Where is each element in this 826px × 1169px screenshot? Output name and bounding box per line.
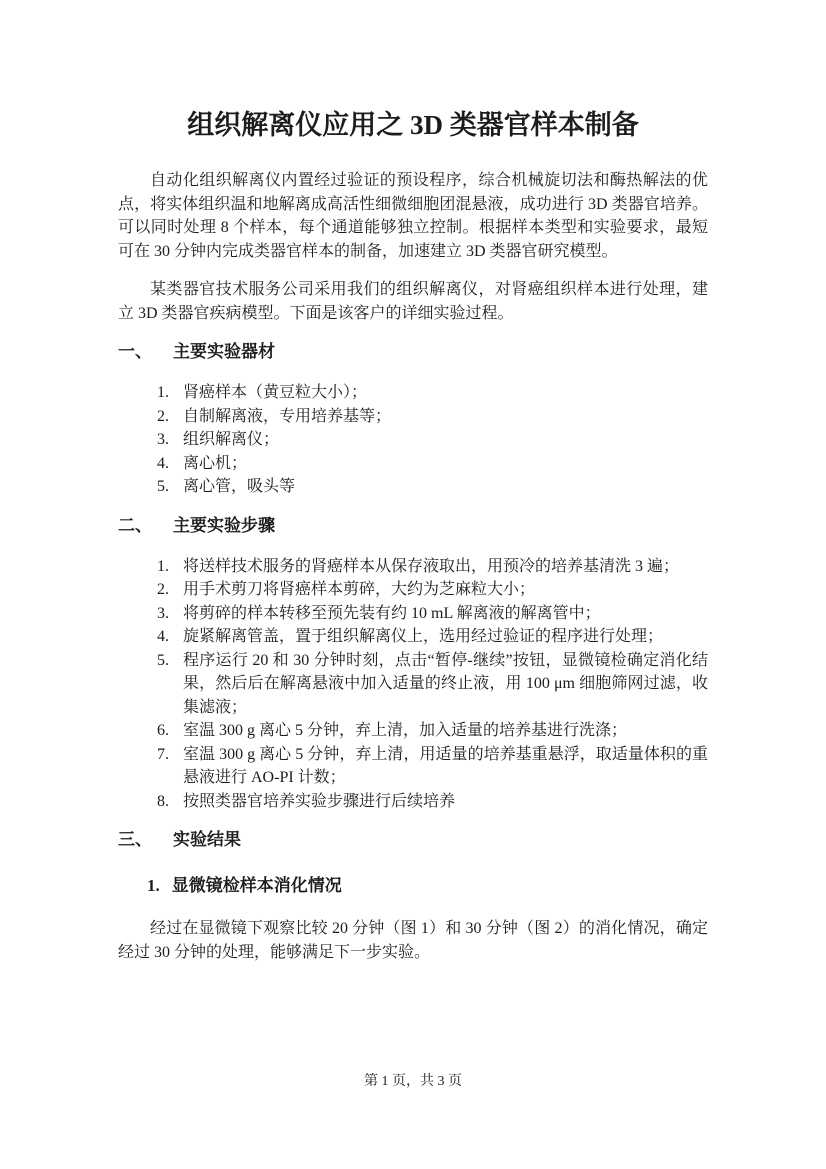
- list-item-number: 5.: [157, 649, 169, 673]
- list-item: 3. 将剪碎的样本转移至预先装有约 10 mL 解离液的解离管中；: [118, 602, 708, 626]
- intro-paragraph-2: 某类器官技术服务公司采用我们的组织解离仪，对肾癌组织样本进行处理，建立 3D 类…: [118, 278, 708, 325]
- intro-paragraph-1: 自动化组织解离仪内置经过验证的预设程序，综合机械旋切法和酶热解法的优点，将实体组…: [118, 169, 708, 263]
- list-item: 5. 离心管，吸头等: [118, 475, 708, 499]
- list-item: 7. 室温 300 g 离心 5 分钟，弃上清，用适量的培养基重悬浮，取适量体积…: [118, 743, 708, 790]
- list-item-number: 2.: [157, 405, 169, 429]
- list-item-number: 2.: [157, 578, 169, 602]
- list-item-number: 3.: [157, 428, 169, 452]
- list-item: 4. 离心机；: [118, 452, 708, 476]
- list-item-text: 将剪碎的样本转移至预先装有约 10 mL 解离液的解离管中；: [183, 605, 601, 622]
- list-item: 4. 旋紧解离管盖，置于组织解离仪上，选用经过验证的程序进行处理；: [118, 625, 708, 649]
- section-heading-materials: 一、 主要实验器材: [118, 341, 708, 364]
- section-number: 三、: [118, 829, 173, 852]
- section-title: 主要实验步骤: [173, 515, 275, 538]
- list-item-number: 4.: [157, 625, 169, 649]
- list-item-number: 8.: [157, 790, 169, 814]
- list-item: 2. 自制解离液，专用培养基等；: [118, 405, 708, 429]
- document-page: 组织解离仪应用之 3D 类器官样本制备 自动化组织解离仪内置经过验证的预设程序，…: [0, 0, 826, 1169]
- list-item: 1. 将送样技术服务的肾癌样本从保存液取出，用预冷的培养基清洗 3 遍；: [118, 555, 708, 579]
- list-item-text: 按照类器官培养实验步骤进行后续培养: [183, 793, 455, 810]
- list-item: 3. 组织解离仪；: [118, 428, 708, 452]
- list-item-number: 7.: [157, 743, 169, 767]
- list-item-number: 1.: [157, 381, 169, 405]
- section-title: 实验结果: [173, 829, 241, 852]
- list-item-number: 4.: [157, 452, 169, 476]
- list-item-text: 将送样技术服务的肾癌样本从保存液取出，用预冷的培养基清洗 3 遍；: [183, 558, 679, 575]
- list-item-text: 组织解离仪；: [183, 431, 279, 448]
- document-body: 组织解离仪应用之 3D 类器官样本制备 自动化组织解离仪内置经过验证的预设程序，…: [0, 0, 826, 964]
- list-item-text: 程序运行 20 和 30 分钟时刻，点击“暂停-继续”按钮，显微镜检确定消化结果…: [183, 652, 708, 716]
- list-item: 8. 按照类器官培养实验步骤进行后续培养: [118, 790, 708, 814]
- subsection-title: 显微镜检样本消化情况: [172, 876, 342, 895]
- list-item-text: 旋紧解离管盖，置于组织解离仪上，选用经过验证的程序进行处理；: [183, 628, 663, 645]
- section-number: 二、: [118, 515, 173, 538]
- section-heading-steps: 二、 主要实验步骤: [118, 515, 708, 538]
- list-item-number: 3.: [157, 602, 169, 626]
- list-item-text: 室温 300 g 离心 5 分钟，弃上清，加入适量的培养基进行洗涤；: [183, 722, 627, 739]
- list-item-text: 室温 300 g 离心 5 分钟，弃上清，用适量的培养基重悬浮，取适量体积的重悬…: [183, 746, 708, 787]
- list-item-number: 6.: [157, 719, 169, 743]
- list-item-text: 用手术剪刀将肾癌样本剪碎，大约为芝麻粒大小；: [183, 581, 535, 598]
- doc-title: 组织解离仪应用之 3D 类器官样本制备: [118, 108, 708, 143]
- steps-list: 1. 将送样技术服务的肾癌样本从保存液取出，用预冷的培养基清洗 3 遍； 2. …: [118, 555, 708, 814]
- list-item: 5. 程序运行 20 和 30 分钟时刻，点击“暂停-继续”按钮，显微镜检确定消…: [118, 649, 708, 720]
- list-item-number: 1.: [157, 555, 169, 579]
- section-number: 一、: [118, 341, 173, 364]
- list-item-number: 5.: [157, 475, 169, 499]
- subsection-number: 1.: [147, 876, 160, 895]
- list-item: 6. 室温 300 g 离心 5 分钟，弃上清，加入适量的培养基进行洗涤；: [118, 719, 708, 743]
- list-item: 1. 肾癌样本（黄豆粒大小）；: [118, 381, 708, 405]
- materials-list: 1. 肾癌样本（黄豆粒大小）； 2. 自制解离液，专用培养基等； 3. 组织解离…: [118, 381, 708, 499]
- section-title: 主要实验器材: [173, 341, 275, 364]
- results-paragraph: 经过在显微镜下观察比较 20 分钟（图 1）和 30 分钟（图 2）的消化情况，…: [118, 917, 708, 964]
- list-item-text: 自制解离液，专用培养基等；: [183, 408, 391, 425]
- subsection-heading-microscopy: 1.显微镜检样本消化情况: [147, 874, 708, 899]
- page-footer: 第 1 页，共 3 页: [0, 1070, 826, 1090]
- list-item-text: 离心管，吸头等: [183, 478, 295, 495]
- list-item-text: 离心机；: [183, 455, 247, 472]
- list-item-text: 肾癌样本（黄豆粒大小）；: [183, 384, 367, 401]
- list-item: 2. 用手术剪刀将肾癌样本剪碎，大约为芝麻粒大小；: [118, 578, 708, 602]
- section-heading-results: 三、 实验结果: [118, 829, 708, 852]
